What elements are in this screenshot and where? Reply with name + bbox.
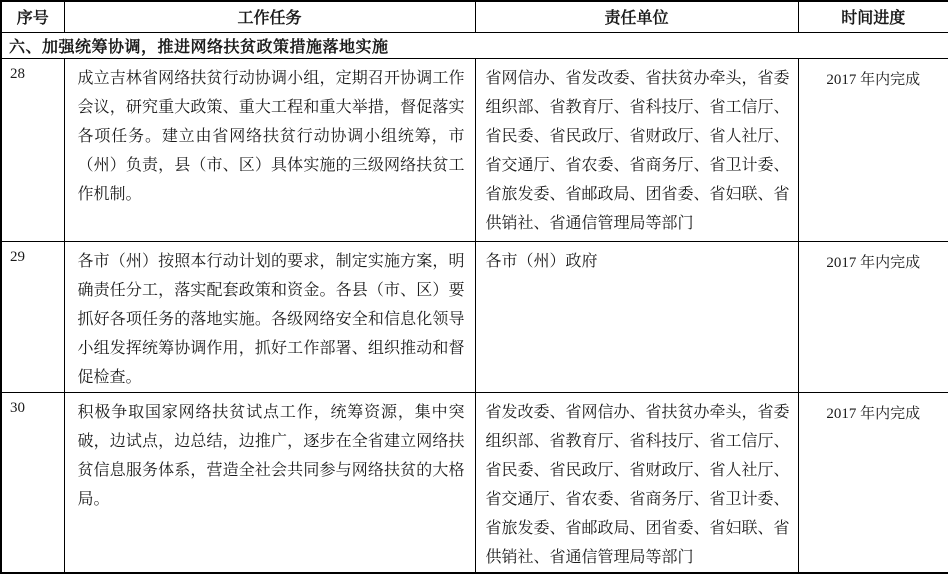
time-cell: 2017 年内完成: [798, 58, 948, 241]
time-cell: 2017 年内完成: [798, 392, 948, 573]
unit-cell: 各市（州）政府: [475, 241, 798, 392]
time-cell: 2017 年内完成: [798, 241, 948, 392]
table-row: 29 各市（州）按照本行动计划的要求，制定实施方案，明确责任分工，落实配套政策和…: [1, 241, 948, 392]
unit-cell: 省发改委、省网信办、省扶贫办牵头，省委组织部、省教育厅、省科技厅、省工信厅、省民…: [475, 392, 798, 573]
task-cell: 积极争取国家网络扶贫试点工作，统筹资源，集中突破，边试点，边总结，边推广，逐步在…: [64, 392, 475, 573]
unit-cell: 省网信办、省发改委、省扶贫办牵头，省委组织部、省教育厅、省科技厅、省工信厅、省民…: [475, 58, 798, 241]
header-cell-task: 工作任务: [64, 1, 475, 32]
row-number: 30: [1, 392, 64, 573]
task-cell: 各市（州）按照本行动计划的要求，制定实施方案，明确责任分工，落实配套政策和资金。…: [64, 241, 475, 392]
header-cell-unit: 责任单位: [475, 1, 798, 32]
table-row: 28 成立吉林省网络扶贫行动协调小组，定期召开协调工作会议，研究重大政策、重大工…: [1, 58, 948, 241]
task-cell: 成立吉林省网络扶贫行动协调小组，定期召开协调工作会议，研究重大政策、重大工程和重…: [64, 58, 475, 241]
table-header-row: 序号 工作任务 责任单位 时间进度: [1, 1, 948, 32]
section-row: 六、加强统筹协调，推进网络扶贫政策措施落地实施: [1, 32, 948, 58]
table-row: 30 积极争取国家网络扶贫试点工作，统筹资源，集中突破，边试点，边总结，边推广，…: [1, 392, 948, 573]
header-cell-seq: 序号: [1, 1, 64, 32]
row-number: 29: [1, 241, 64, 392]
work-task-table: 序号 工作任务 责任单位 时间进度 六、加强统筹协调，推进网络扶贫政策措施落地实…: [0, 0, 948, 574]
row-number: 28: [1, 58, 64, 241]
header-cell-time: 时间进度: [798, 1, 948, 32]
section-title: 六、加强统筹协调，推进网络扶贫政策措施落地实施: [1, 32, 948, 58]
